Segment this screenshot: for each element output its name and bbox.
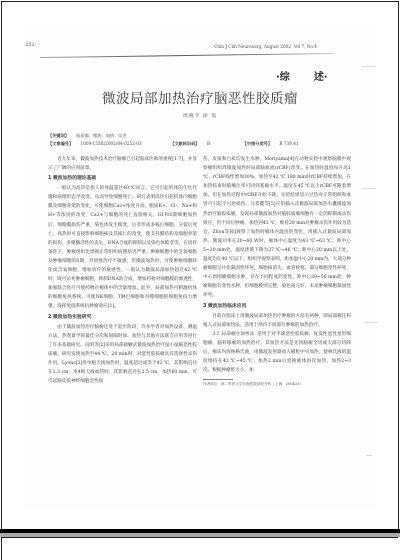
section-2-heading: 2 微波加热实验研究 (48, 313, 197, 323)
section-tag: ·综述· (276, 68, 328, 83)
author-affiliation-footnote: 作者单位：第二军医大学长海医院神经外科（上海，200433） (203, 382, 351, 387)
left-column: 近九年来，微波加热技术治疗脑瘤已引起临床医师的重视[1-7]，并显示了广阔的应用… (48, 155, 197, 386)
section-1-paragraph: 一般认为高热是指人的体温超过40 ℃而言，它可引起机体的生化代谢和病理形态学改变… (48, 184, 197, 311)
section-2-paragraph: 由于微波加热治疗脑瘤还处于起步阶段，许多学者对加热设备、测温方法、热剂量学的最佳… (48, 323, 197, 387)
article-title: 微波局部加热治疗脑恶性胶质瘤 (0, 87, 400, 107)
doc-id-label: 【文章编号】 (48, 141, 73, 146)
page-number: -252- (24, 43, 36, 48)
footnote-rule (203, 379, 233, 380)
margin-mark (362, 188, 376, 189)
section-3-1-text: 适用于对半球恶性胶质瘤、复发性恶性星形细胞瘤、脑转移瘤的加热治疗。其加热方法是先… (203, 332, 351, 373)
doc-info-row: 【文章编号】 1009-153X(2002)04-0252-03 【文献标识码】… (48, 141, 299, 147)
section-3-paragraph: 目前在临床上用微波局部加热治疗肿瘤的方法有两种，即局部瘤注和植入式局部加热法，适… (203, 312, 351, 330)
section-3-1-paragraph: 3.1 局部瘤注加热法 适用于对半球恶性胶质瘤、复发性恶性星形细胞瘤、脑转移瘤的… (203, 330, 351, 375)
next-page-frame (1, 537, 398, 560)
right-column: 伤，皮质和白质均发生水肿。Moriyama[4]在动物实验中观察脑膜中观察瘤组织… (203, 155, 351, 387)
class-no-label: 【中图分类号】 (243, 141, 272, 146)
doc-code-value: B (207, 141, 210, 146)
intro-paragraph: 近九年来，微波加热技术治疗脑瘤已引起临床医师的重视[1-7]，并显示了广阔的应用… (48, 155, 197, 173)
doc-id-value: 1009-153X(2002)04-0252-03 (80, 141, 141, 146)
section-1-heading: 1 微波加热的理论基础 (48, 174, 197, 184)
section-tag-right: 述· (314, 72, 328, 83)
article-authors: 周晓平 徐 侃 (0, 112, 400, 119)
margin-mark (362, 66, 376, 67)
section-tag-left: ·综 (276, 72, 290, 83)
class-no-value: R 739.41 (279, 141, 298, 146)
margin-mark (364, 322, 378, 323)
keywords-value: 胶质瘤；微波；加热；综述 (76, 133, 126, 138)
section-3-1-label: 3.1 局部瘤注加热法 (212, 332, 254, 337)
keywords-label: 【关键词】 (48, 133, 69, 138)
margin-mark (366, 455, 372, 456)
section-3-heading: 3 微波加热临床应用 (203, 302, 351, 312)
doc-code-label: 【文献标识码】 (170, 141, 199, 146)
journal-citation: Chin J Clin Neurosurg, August 2002, Vol … (214, 45, 317, 50)
continued-paragraph: 伤，皮质和白质均发生水肿。Moriyama[4]在动物实验中观察脑膜中观察瘤组织… (203, 155, 351, 301)
keywords-row: 【关键词】 胶质瘤；微波；加热；综述 (48, 133, 127, 139)
